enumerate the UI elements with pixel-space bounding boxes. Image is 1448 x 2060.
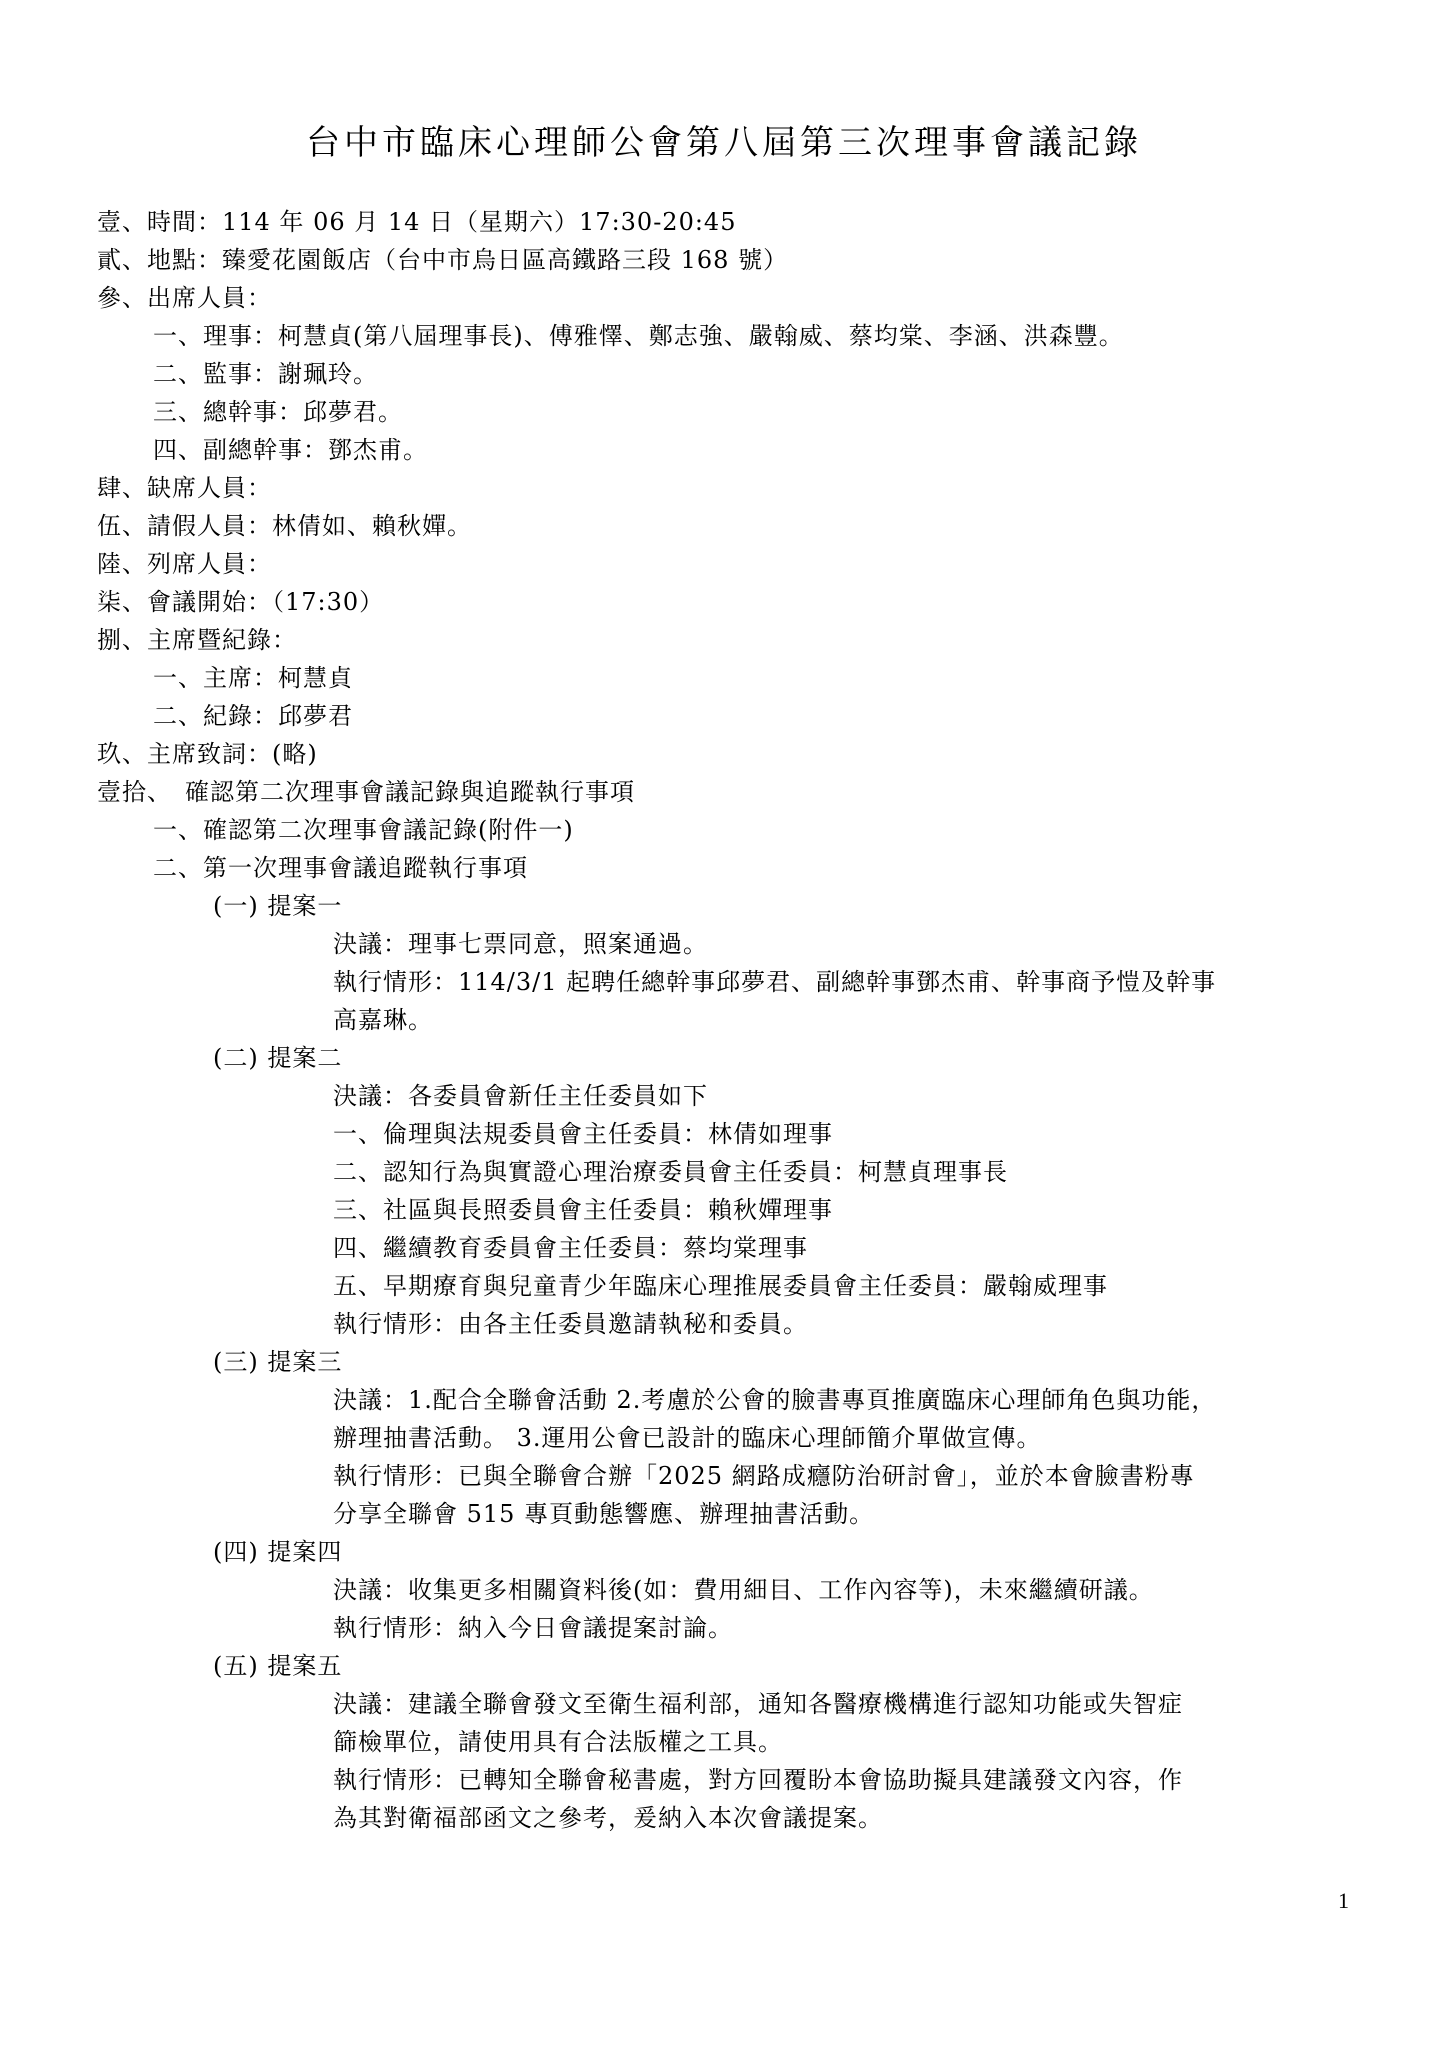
proposal-3-line: 分享全聯會 515 專頁動態響應、辦理抽書活動。	[97, 1495, 1359, 1533]
chair-heading: 捌、主席暨紀錄：	[97, 621, 1359, 659]
leave-list: 伍、請假人員：林倩如、賴秋嬋。	[97, 507, 1359, 545]
proposal-4-label: (四) 提案四	[97, 1533, 1359, 1571]
proposal-3-line: 決議：1.配合全聯會活動 2.考慮於公會的臉書專頁推廣臨床心理師角色與功能，	[97, 1381, 1359, 1419]
proposal-1-line: 高嘉琳。	[97, 1001, 1359, 1039]
chair-speech: 玖、主席致詞：(略)	[97, 735, 1359, 773]
confirm-item-2: 二、第一次理事會議追蹤執行事項	[97, 849, 1359, 887]
proposal-3-line: 辦理抽書活動。 3.運用公會已設計的臨床心理師簡介單做宣傳。	[97, 1419, 1359, 1457]
proposal-2-line: 決議：各委員會新任主任委員如下	[97, 1077, 1359, 1115]
attendees-supervisor: 二、監事：謝珮玲。	[97, 355, 1359, 393]
confirm-item-1: 一、確認第二次理事會議記錄(附件一)	[97, 811, 1359, 849]
absent-heading: 肆、缺席人員：	[97, 469, 1359, 507]
proposal-5-line: 篩檢單位，請使用具有合法版權之工具。	[97, 1723, 1359, 1761]
proposal-3-line: 執行情形：已與全聯會合辦「2025 網路成癮防治研討會」，並於本會臉書粉專	[97, 1457, 1359, 1495]
proposal-1-line: 執行情形：114/3/1 起聘任總幹事邱夢君、副總幹事鄧杰甫、幹事商予愷及幹事	[97, 963, 1359, 1001]
confirm-heading: 壹拾、 確認第二次理事會議記錄與追蹤執行事項	[97, 773, 1359, 811]
proposal-2-line: 四、繼續教育委員會主任委員：蔡均棠理事	[97, 1229, 1359, 1267]
proposal-1-line: 決議：理事七票同意，照案通過。	[97, 925, 1359, 963]
proposal-3-label: (三) 提案三	[97, 1343, 1359, 1381]
proposal-4-line: 決議：收集更多相關資料後(如：費用細目、工作內容等)，未來繼續研議。	[97, 1571, 1359, 1609]
document-page: 台中市臨床心理師公會第八屆第三次理事會議記錄 壹、時間：114 年 06 月 1…	[0, 0, 1448, 2060]
proposal-5-line: 執行情形：已轉知全聯會秘書處，對方回覆盼本會協助擬具建議發文內容，作	[97, 1761, 1359, 1799]
page-number: 1	[1338, 1888, 1349, 1914]
proposal-2-line: 一、倫理與法規委員會主任委員：林倩如理事	[97, 1115, 1359, 1153]
proposal-2-line: 執行情形：由各主任委員邀請執秘和委員。	[97, 1305, 1359, 1343]
proposal-2-line: 三、社區與長照委員會主任委員：賴秋嬋理事	[97, 1191, 1359, 1229]
proposal-2-label: (二) 提案二	[97, 1039, 1359, 1077]
meeting-start: 柒、會議開始：（17:30）	[97, 583, 1359, 621]
proposal-5-line: 決議：建議全聯會發文至衛生福利部，通知各醫療機構進行認知功能或失智症	[97, 1685, 1359, 1723]
meeting-place: 貳、地點：臻愛花園飯店（台中市烏日區高鐵路三段 168 號）	[97, 241, 1359, 279]
proposal-5-line: 為其對衛福部函文之參考，爰納入本次會議提案。	[97, 1799, 1359, 1837]
document-body: 壹、時間：114 年 06 月 14 日（星期六）17:30-20:45 貳、地…	[97, 203, 1359, 1837]
attendees-secretary-general: 三、總幹事：邱夢君。	[97, 393, 1359, 431]
attendees-directors: 一、理事：柯慧貞(第八屆理事長)、傅雅懌、鄭志強、嚴翰威、蔡均棠、李涵、洪森豐。	[97, 317, 1359, 355]
proposal-4-line: 執行情形：納入今日會議提案討論。	[97, 1609, 1359, 1647]
proposal-5-label: (五) 提案五	[97, 1647, 1359, 1685]
attendees-heading: 參、出席人員：	[97, 279, 1359, 317]
proposal-1-label: (一) 提案一	[97, 887, 1359, 925]
recorder: 二、紀錄：邱夢君	[97, 697, 1359, 735]
chair-person: 一、主席：柯慧貞	[97, 659, 1359, 697]
observers-heading: 陸、列席人員：	[97, 545, 1359, 583]
meeting-time: 壹、時間：114 年 06 月 14 日（星期六）17:30-20:45	[97, 203, 1359, 241]
attendees-deputy-secretary: 四、副總幹事：鄧杰甫。	[97, 431, 1359, 469]
proposal-2-line: 五、早期療育與兒童青少年臨床心理推展委員會主任委員：嚴翰威理事	[97, 1267, 1359, 1305]
proposal-2-line: 二、認知行為與實證心理治療委員會主任委員：柯慧貞理事長	[97, 1153, 1359, 1191]
document-title: 台中市臨床心理師公會第八屆第三次理事會議記錄	[0, 118, 1448, 168]
